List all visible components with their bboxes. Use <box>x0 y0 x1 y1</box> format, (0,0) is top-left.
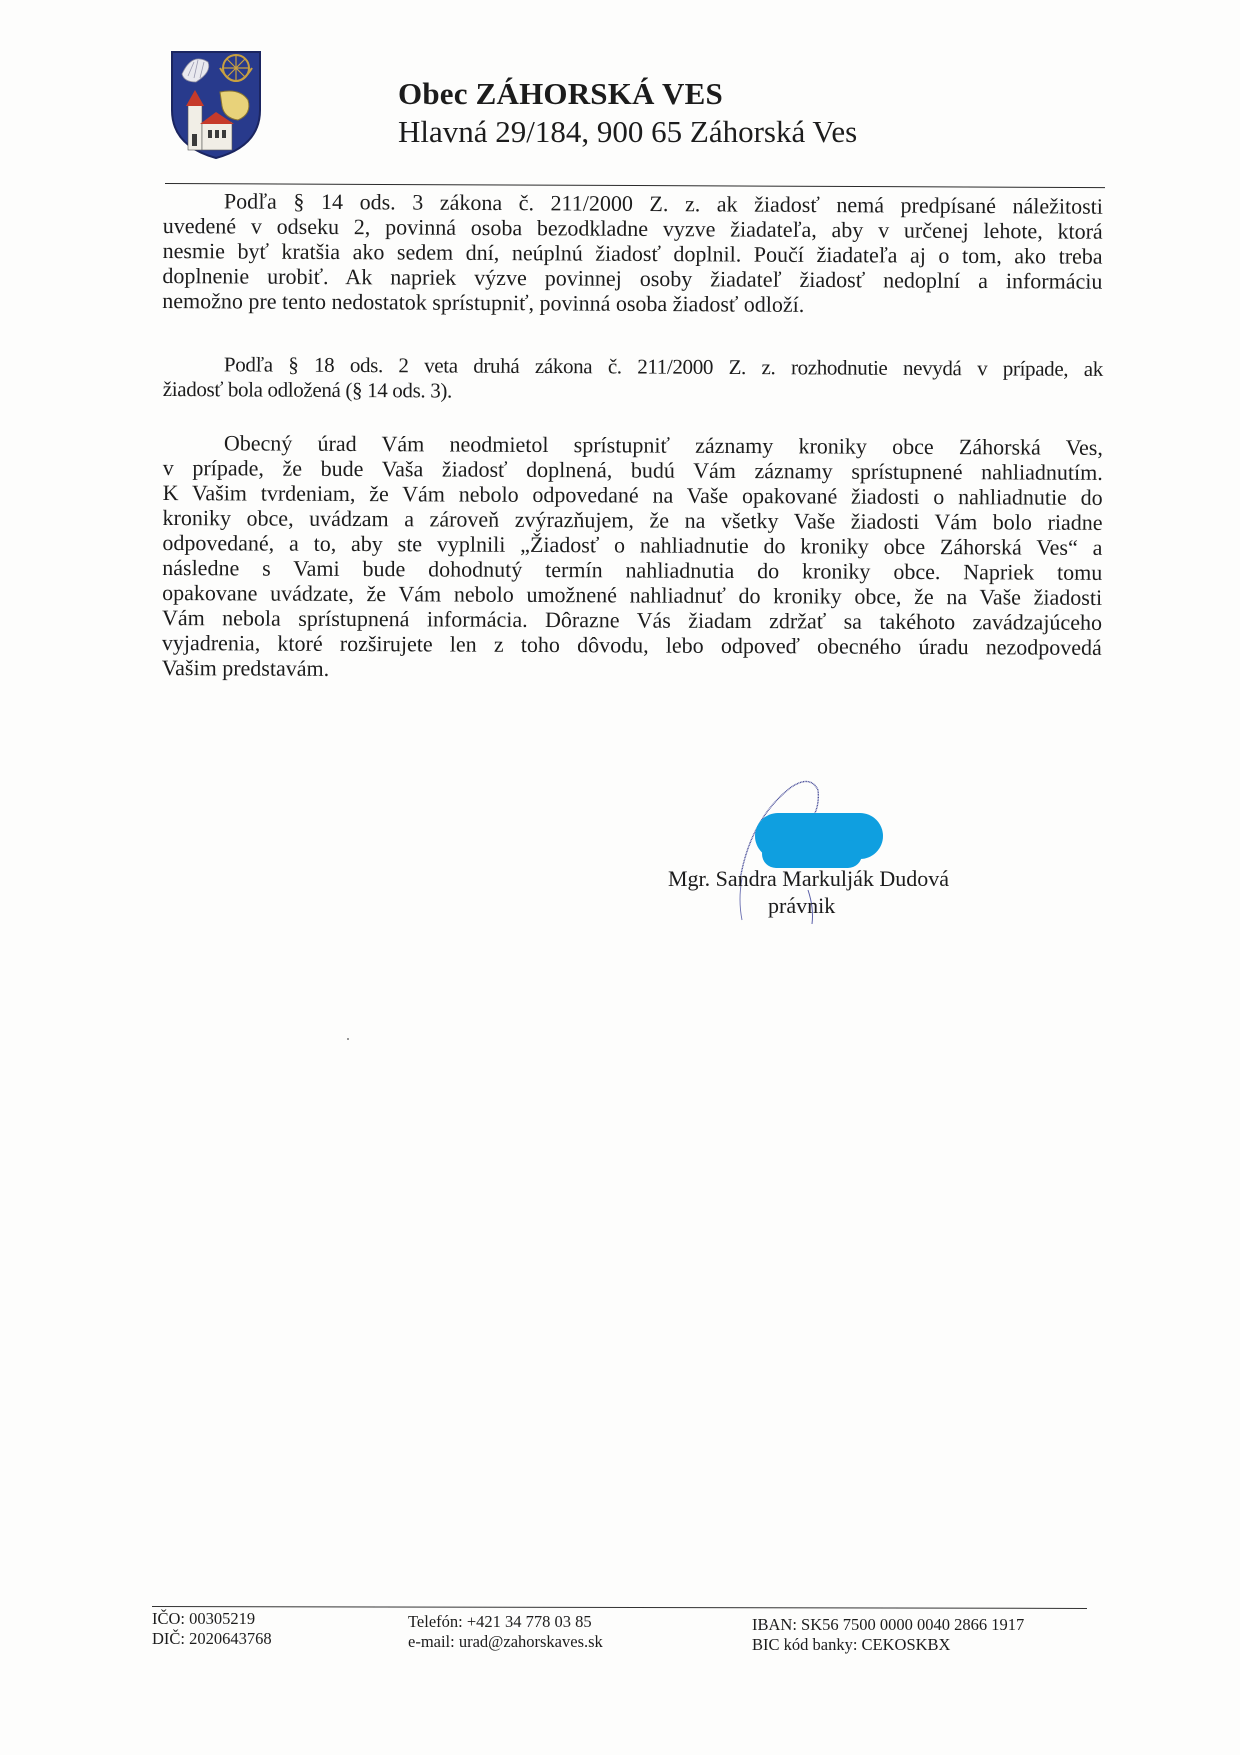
iban: IBAN: SK56 7500 0000 0040 2866 1917 <box>752 1615 1024 1635</box>
paragraph-3: Obecný úrad Vám neodmietol sprístupniť z… <box>162 430 1103 685</box>
footer-ids: IČO: 00305219 DIČ: 2020643768 <box>152 1609 272 1649</box>
paragraph-1: Podľa § 14 ods. 3 zákona č. 211/2000 Z. … <box>162 188 1103 319</box>
paragraph-2: Podľa § 18 ods. 2 veta druhá zákona č. 2… <box>163 352 1103 407</box>
text-line: Vašim predstavám. <box>162 655 1102 685</box>
email: e-mail: urad@zahorskaves.sk <box>408 1632 603 1652</box>
footer-bank: IBAN: SK56 7500 0000 0040 2866 1917 BIC … <box>752 1615 1024 1655</box>
coat-of-arms-icon <box>168 48 264 162</box>
text-line: žiadosť bola odložená (§ 14 ods. 3). <box>163 377 1103 407</box>
signatory-name: Mgr. Sandra Markulják Dudová <box>668 866 949 892</box>
signatory-role: právnik <box>768 893 835 919</box>
footer-contact: Telefón: +421 34 778 03 85 e-mail: urad@… <box>408 1612 603 1652</box>
scan-speck <box>347 1038 349 1040</box>
bic: BIC kód banky: CEKOSKBX <box>752 1635 1024 1655</box>
header-divider <box>165 183 1105 188</box>
organization-name: Obec ZÁHORSKÁ VES <box>398 76 723 112</box>
footer-divider <box>152 1606 1087 1609</box>
ico: IČO: 00305219 <box>152 1609 272 1629</box>
phone: Telefón: +421 34 778 03 85 <box>408 1612 603 1632</box>
organization-address: Hlavná 29/184, 900 65 Záhorská Ves <box>398 114 857 150</box>
redaction-mark <box>762 840 862 868</box>
dic: DIČ: 2020643768 <box>152 1629 272 1649</box>
